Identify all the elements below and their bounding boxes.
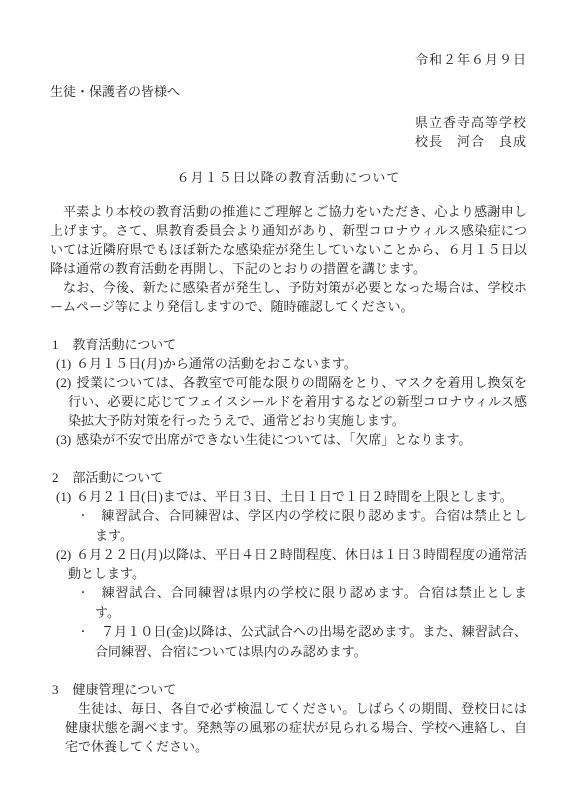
bullet-icon: ・: [78, 588, 89, 599]
item-label: (2): [56, 375, 71, 390]
list-item: (2)６月２２日(月)以降は、平日４日２時間程度、休日は１日３時間程度の通常活動…: [50, 545, 527, 583]
sender-block: 県立香寺高等学校 校長 河合 良成: [50, 113, 527, 151]
sub-list-item: ・練習試合、合同練習は、学区内の学校に限り認めます。合宿は禁止とします。: [50, 506, 527, 545]
sub-list-item: ・練習試合、合同練習は県内の学校に限り認めます。合宿は禁止とします。: [50, 583, 527, 622]
sub-list-item: ・７月１０日(金)以降は、公式試合への出場を認めます。また、練習試合、合同練習、…: [50, 622, 527, 661]
subitem-text: 練習試合、合同練習は、学区内の学校に限り認めます。合宿は禁止とします。: [95, 508, 527, 543]
item-text: 授業については、各教室で可能な限りの間隔をとり、マスクを着用し換気を行い、必要に…: [68, 375, 527, 428]
item-text: 感染が不安で出席ができない生徒については、「欠席」となります。: [76, 432, 471, 447]
section-body: 生徒は、毎日、各自で必ず検温してください。しばらくの期間、登校日には健康状態を調…: [65, 699, 527, 756]
item-label: (3): [56, 432, 71, 447]
sender-school: 県立香寺高等学校: [50, 113, 527, 132]
bullet-icon: ・: [78, 511, 88, 522]
subitem-text: ７月１０日(金)以降は、公式試合への出場を認めます。また、練習試合、合同練習、合…: [95, 624, 527, 659]
document-date: 令和２年６月９日: [50, 50, 527, 69]
section-heading: 1教育活動について: [52, 335, 527, 354]
list-item: (1)６月１５日(月)から通常の活動をおこないます。: [50, 354, 527, 373]
section-club-activities: 2部活動について (1)６月２１日(日)までは、平日３日、土日１日で１日２時間を…: [50, 468, 527, 661]
item-label: (1): [56, 356, 71, 371]
section-heading-text: 健康管理について: [73, 682, 177, 697]
addressee: 生徒・保護者の皆様へ: [50, 82, 527, 101]
intro-paragraph-2: なお、今後、新たに感染者が発生し、予防対策が必要となった場合は、学校ホームページ…: [50, 278, 527, 316]
section-number: 3: [52, 682, 59, 697]
section-heading-text: 教育活動について: [73, 337, 177, 352]
list-item: (3)感染が不安で出席ができない生徒については、「欠席」となります。: [50, 430, 527, 449]
section-number: 2: [52, 470, 59, 485]
list-item: (1)６月２１日(日)までは、平日３日、土日１日で１日２時間を上限とします。: [50, 487, 527, 506]
section-health-management: 3健康管理について 生徒は、毎日、各自で必ず検温してください。しばらくの期間、登…: [50, 680, 527, 756]
sender-principal: 校長 河合 良成: [50, 132, 527, 151]
section-heading-text: 部活動について: [73, 470, 164, 485]
item-text: ６月２２日(月)以降は、平日４日２時間程度、休日は１日３時間程度の通常活動としま…: [68, 547, 527, 581]
section-heading: 3健康管理について: [52, 680, 527, 699]
item-text: ６月２１日(日)までは、平日３日、土日１日で１日２時間を上限とします。: [76, 489, 513, 504]
section-education-activities: 1教育活動について (1)６月１５日(月)から通常の活動をおこないます。 (2)…: [50, 335, 527, 449]
document-title: ６月１５日以降の教育活動について: [50, 168, 527, 187]
list-item: (2)授業については、各教室で可能な限りの間隔をとり、マスクを着用し換気を行い、…: [50, 373, 527, 430]
item-label: (1): [56, 489, 71, 504]
item-text: ６月１５日(月)から通常の活動をおこないます。: [76, 356, 357, 371]
subitem-text: 練習試合、合同練習は県内の学校に限り認めます。合宿は禁止とします。: [95, 585, 527, 620]
intro-paragraph-1: 平素より本校の教育活動の推進にご理解とご協力をいただき、心より感謝申し上げます。…: [50, 202, 527, 278]
section-number: 1: [52, 337, 59, 352]
document-page: 令和２年６月９日 生徒・保護者の皆様へ 県立香寺高等学校 校長 河合 良成 ６月…: [0, 0, 565, 800]
bullet-icon: ・: [78, 627, 88, 638]
section-heading: 2部活動について: [52, 468, 527, 487]
item-label: (2): [56, 547, 71, 562]
